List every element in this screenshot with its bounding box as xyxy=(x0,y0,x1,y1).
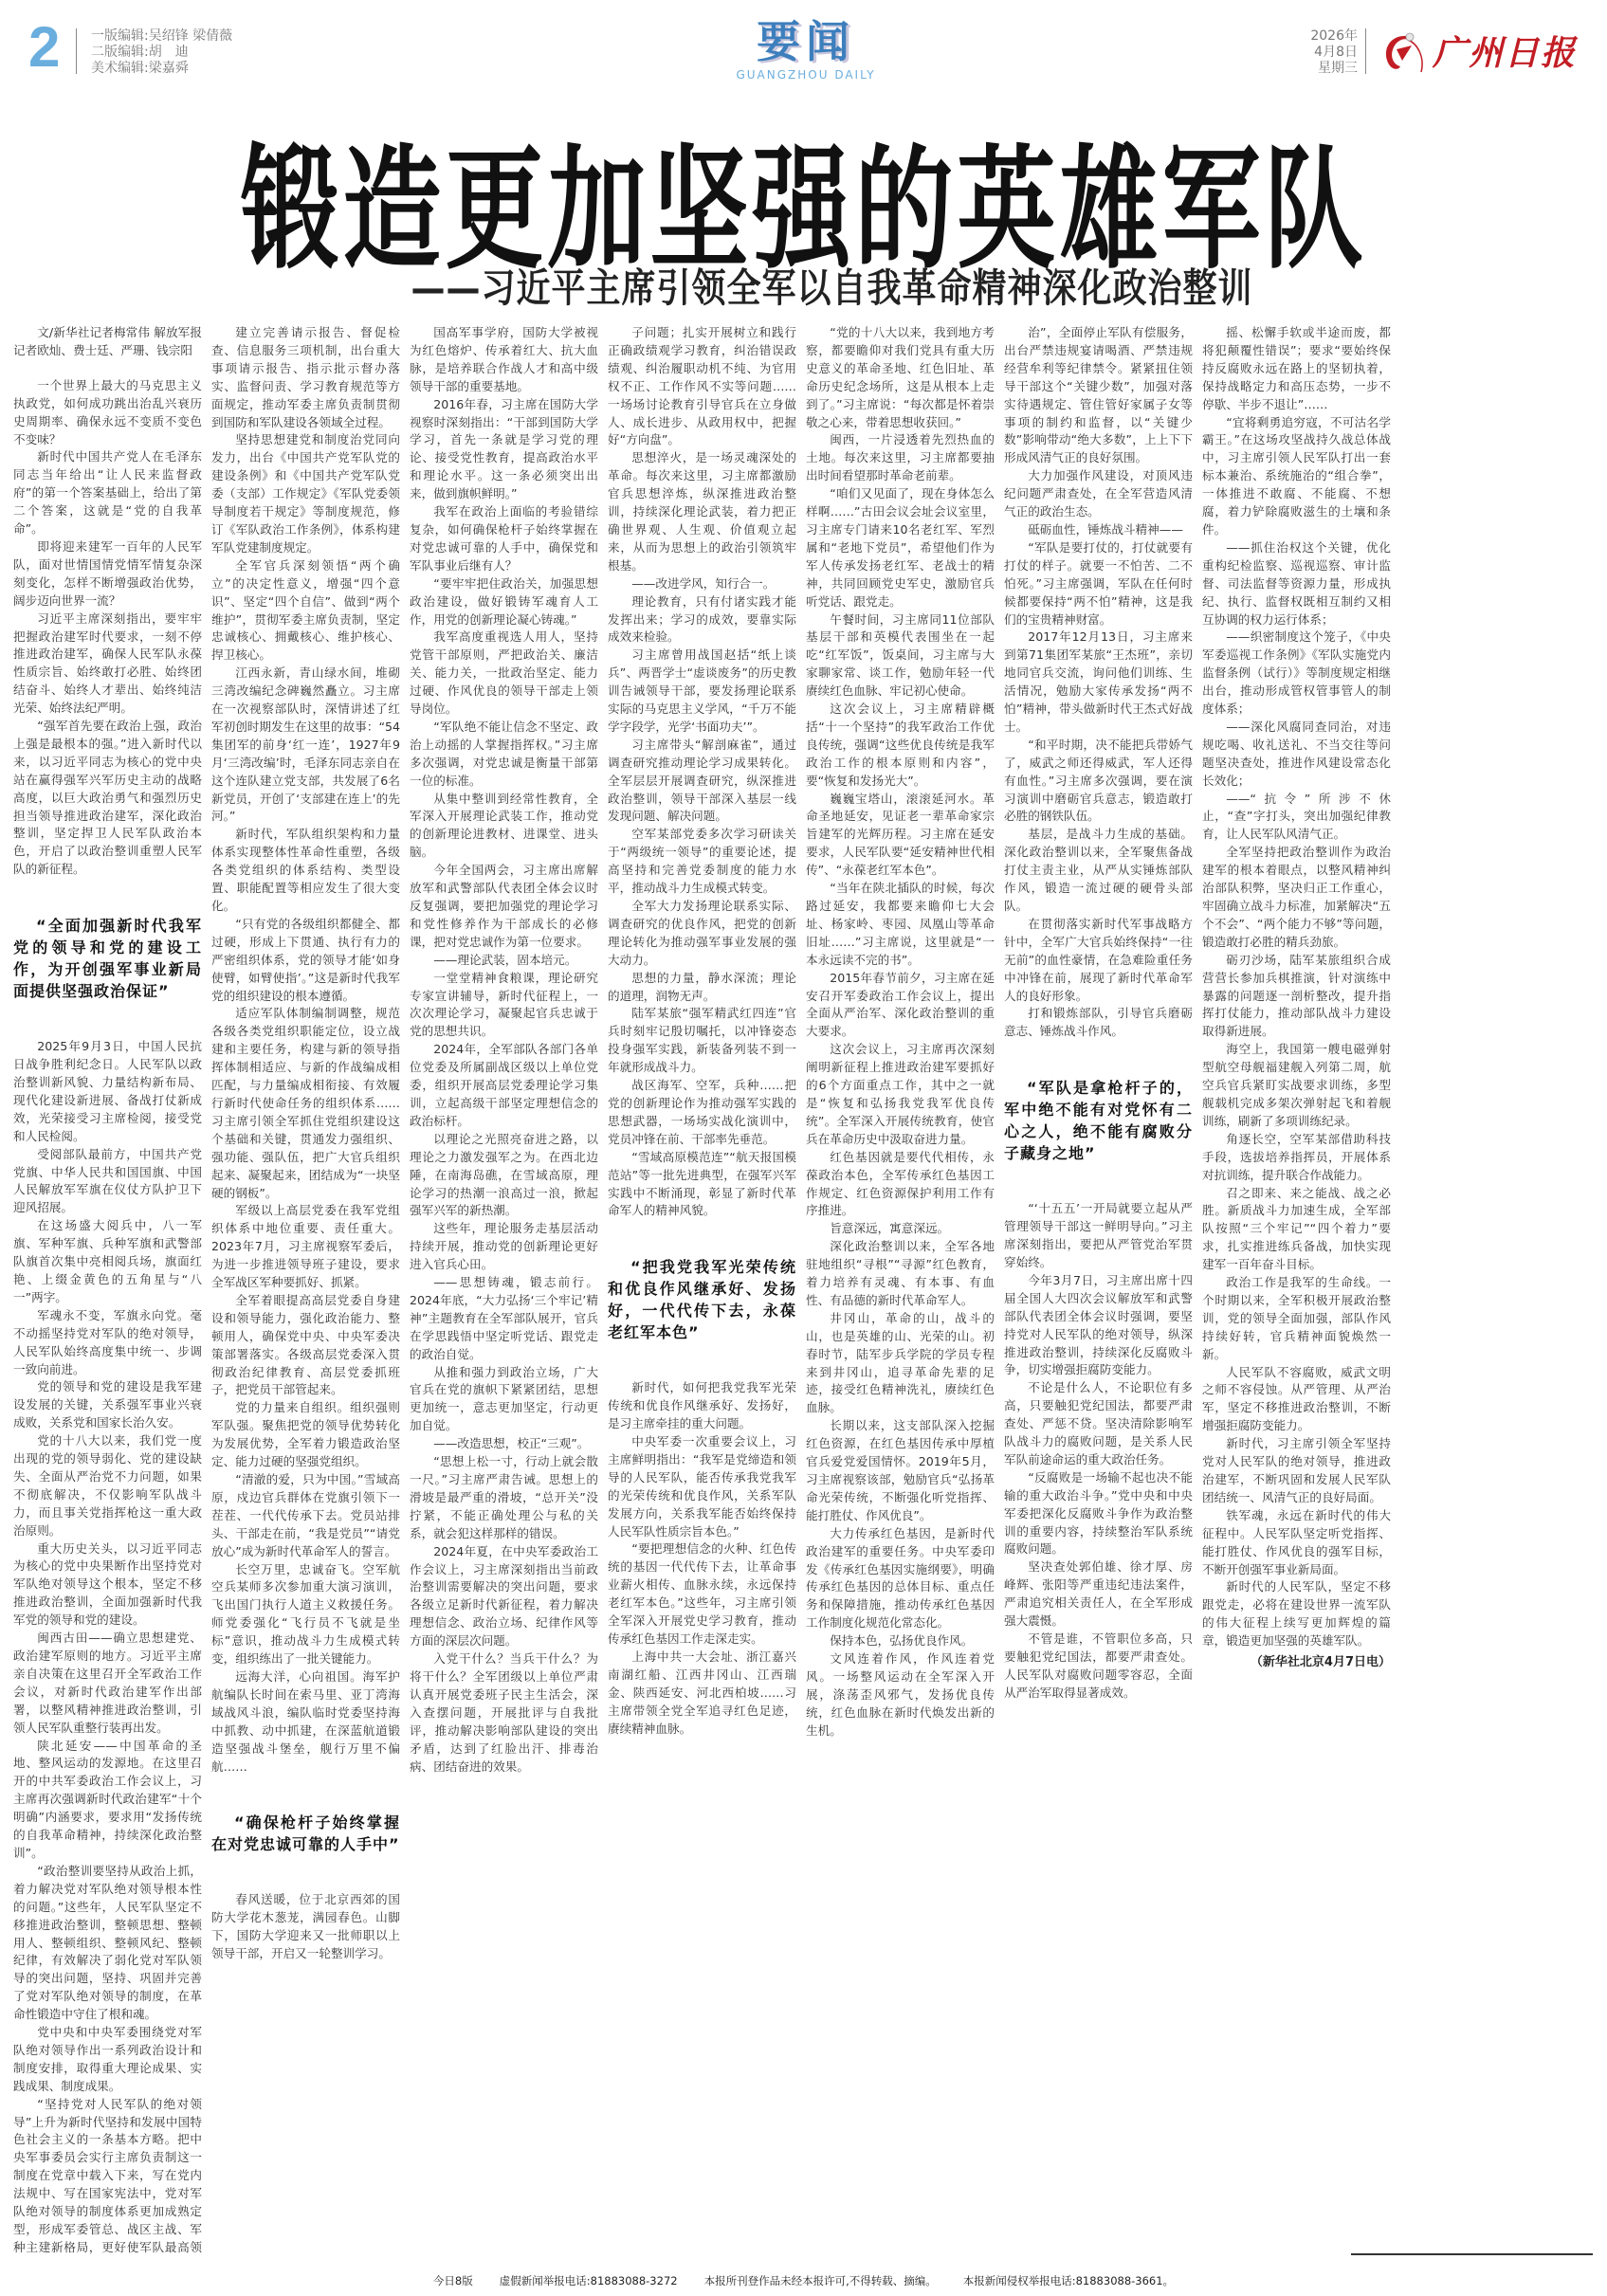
paragraph: 我军高度重视选人用人，坚持党管干部原则，严把政治关、廉洁关、能力关，一批政治坚定… xyxy=(410,629,598,719)
paragraph: 这些年，理论服务走基层活动持续开展，推动党的创新理论更好进入官兵心田。 xyxy=(410,1220,598,1274)
paragraph: ——深化风腐同查同治，对违规吃喝、收礼送礼、不当交往等问题坚决查处，推进作风建设… xyxy=(1202,719,1391,791)
article-column: “党的十八大以来，我到地方考察，都要瞻仰对我们党具有重大历史意义的革命圣地、红色… xyxy=(806,324,995,2258)
article-column: 建立完善请示报告、督促检查、信息服务三项机制，出台重大事项请示报告、指示批示督办… xyxy=(211,324,400,2258)
paragraph: 思想淬火，是一场灵魂深处的革命。每次来这里，习主席都激励官兵思想淬炼，纵深推进政… xyxy=(608,449,796,574)
paragraph: 从推和强力到政治立场，广大官兵在党的旗帜下紧紧团结，思想更加统一，意志更加坚定，… xyxy=(410,1364,598,1436)
paragraph: 治”，全面停止军队有偿服务，出台严禁违规宴请喝酒、严禁违规经营牟利等纪律禁令。紧… xyxy=(1004,324,1193,467)
paragraph: 新时代，如何把我党我军光荣传统和优良作风继承好、发扬好，是习主席牵挂的重大问题。 xyxy=(608,1379,796,1433)
paragraph: 闽西，一片浸透着先烈热血的土地。每次来这里，习主席都要抽出时间看望那时革命老前辈… xyxy=(806,431,995,485)
paragraph: 2015年春节前夕，习主席在延安召开军委政治工作会议上，提出全面从严治军、深化政… xyxy=(806,970,995,1042)
paragraph: 角逐长空，空军某部借助科技手段，选拔培养指挥员，开展体系对抗训练，提升联合作战能… xyxy=(1202,1131,1391,1185)
paragraph: 思想的力量，静水深流；理论的道理，润物无声。 xyxy=(608,970,796,1006)
paragraph: 新时代中国共产党人在毛泽东同志当年给出“让人民来监督政府”的第一个答案基础上，给… xyxy=(13,448,202,538)
paragraph: 重大历史关头，以习近平同志为核心的党中央果断作出坚持党对军队绝对领导这个根本，坚… xyxy=(13,1540,202,1631)
date-year: 2026年 xyxy=(1299,28,1358,45)
article-end-rule xyxy=(1351,2253,1593,2255)
article-column: 国高军事学府，国防大学被视为红色熔炉、传承着红大、抗大血脉，是培养联合作战人才和… xyxy=(410,324,598,2258)
paragraph: ——思想铸魂，锻志前行。2024年底，“大力弘扬‘三个牢记’精神”主题教育在全军… xyxy=(410,1274,598,1364)
paragraph: 江西永新，青山绿水间，堆砌三湾改编纪念碑巍然矗立。习主席在一次视察部队时，深情讲… xyxy=(211,665,400,826)
paragraph: 党中央和中央军委围绕党对军队绝对领导作出一系列政治设计和制度安排，取得重大理论成… xyxy=(13,2024,202,2096)
paragraph: 空军某部党委多次学习研读关于“两级统一领导”的重要论述，提高坚持和完善党委制度的… xyxy=(608,826,796,898)
page-number: 2 xyxy=(28,19,60,76)
paragraph: 井冈山，革命的山，战斗的山，也是英雄的山、光荣的山。初春时节，陆军步兵学院的学员… xyxy=(806,1310,995,1417)
paragraph: 新时代的人民军队，坚定不移跟党走，必将在建设世界一流军队的伟大征程上续写更加辉煌… xyxy=(1202,1578,1391,1650)
paragraph: ——“抗令”所涉不休止，“查”字打头，突出加强纪律教育，让人民军队风清气正。 xyxy=(1202,791,1391,845)
paragraph: “咱们又见面了，现在身体怎么样啊……”古田会议会址会议室里，习主席专门请来10名… xyxy=(806,485,995,610)
paragraph: 2025年9月3日，中国人民抗日战争胜利纪念日。人民军队以政治整训新风貌、力量结… xyxy=(13,1038,202,1145)
paragraph: 摇、松懈手软或半途而废，都将犯颠覆性错误”；要求“要始终保持反腐败永远在路上的坚… xyxy=(1202,324,1391,414)
article-body: 文/新华社记者梅常伟 解放军报记者欧灿、费士廷、严珊、钱宗阳 一个世界上最大的马… xyxy=(13,324,1597,2258)
paragraph: 长期以来，这支部队深入挖掘红色资源，在红色基因传承中厚植官兵爱党爱国情怀。201… xyxy=(806,1417,995,1524)
paragraph: 春风送暖，位于北京西郊的国防大学花木葱茏，满园春色。山脚下，国防大学迎来又一批师… xyxy=(211,1891,400,1963)
paragraph: 上海中共一大会址、浙江嘉兴南湖红船、江西井冈山、江西瑞金、陕西延安、河北西柏坡…… xyxy=(608,1649,796,1739)
divider xyxy=(76,28,77,74)
paragraph: 入党干什么？当兵干什么？为将干什么？全军团级以上单位严肃认真开展党委班子民主生活… xyxy=(410,1650,598,1776)
paragraph: 军级以上高层党委在我军党组织体系中地位重要、责任重大。2023年7月，习主席视察… xyxy=(211,1202,400,1292)
masthead: 2 一版编辑:吴绍锋 梁倩薇 二版编辑:胡 迪 美术编辑:梁嘉舜 要闻 GUAN… xyxy=(0,0,1607,78)
paragraph: 习主席带头“解剖麻雀”，通过调查研究推动理论学习成果转化。全军层层开展调查研究，… xyxy=(608,737,796,827)
paragraph: 理论教育，只有付诸实践才能发挥出来；学习的成效，要靠实际成效来检验。 xyxy=(608,593,796,647)
article-column: 子问题；扎实开展树立和践行正确政绩观学习教育，纠治错误政绩观、纠治履职动机不纯、… xyxy=(608,324,796,2258)
paragraph: 今年全国两会，习主席出席解放军和武警部队代表团全体会议时反复强调，要把加强党的理… xyxy=(410,862,598,952)
footer: 今日8版 虚假新闻举报电话:81883088-3272 本报所刊登作品未经本报许… xyxy=(0,2273,1607,2288)
paragraph: 2024年，全军部队各部门各单位党委及所属副战区级以上单位党委，组织开展高层党委… xyxy=(410,1041,598,1131)
subheadline: ——习近平主席引领全军以自我革命精神深化政治整训 xyxy=(0,258,1607,314)
paragraph: 政治工作是我军的生命线。一个时期以来，全军积极开展政治整训，党的领导全面加强，部… xyxy=(1202,1274,1391,1364)
paragraph: 午餐时间，习主席同11位部队基层干部和英模代表围坐在一起吃“红军饭”，饭桌间，习… xyxy=(806,611,995,702)
paragraph: 红色基因就是要代代相传，永葆政治本色，全军传承红色基因工作规定、红色资源保护利用… xyxy=(806,1149,995,1221)
paragraph: 陆军某旅“强军精武红四连”官兵时刻牢记殷切嘱托，以冲锋姿态投身强军实践，新装备列… xyxy=(608,1005,796,1077)
editor-credits: 一版编辑:吴绍锋 梁倩薇 二版编辑:胡 迪 美术编辑:梁嘉舜 xyxy=(91,28,232,77)
paragraph: “要把理想信念的火种、红色传统的基因一代代传下去，让革命事业薪火相传、血脉永续，… xyxy=(608,1540,796,1648)
paragraph: 以理论之光照亮奋进之路，以理论之力激发强军之为。在西北边陲，在南海岛礁，在雪域高… xyxy=(410,1131,598,1221)
paragraph: ——理论武装，固本培元。 xyxy=(410,952,598,970)
paragraph: 全军着眼提高高层党委自身建设和领导能力，强化政治能力、整顿用人，确保党中央、中央… xyxy=(211,1292,400,1399)
paragraph: “强军首先要在政治上强，政治上强是最根本的强。”进入新时代以来，以习近平同志为核… xyxy=(13,718,202,879)
paragraph: “要牢牢把住政治关，加强思想政治建设，做好锻铸军魂育人工作，用党的创新理论凝心铸… xyxy=(410,575,598,629)
paragraph: 大力加强作风建设，对顶风违纪问题严肃查处，在全军营造风清气正的政治生态。 xyxy=(1004,467,1193,521)
paragraph: 即将迎来建军一百年的人民军队，面对世情国情党情军情复杂深刻变化，怎样不断增强政治… xyxy=(13,538,202,610)
divider xyxy=(1365,28,1366,74)
paragraph: “当年在陕北插队的时候，每次路过延安，我都要来瞻仰七大会址、杨家岭、枣园、凤凰山… xyxy=(806,880,995,970)
paragraph: 2016年春，习主席在国防大学视察时深刻指出：“干部到国防大学学习，首先一条就是… xyxy=(410,396,598,503)
paragraph: 这次会议上，习主席再次深刻阐明新征程上推进政治建军要抓好的6个方面重点工作，其中… xyxy=(806,1041,995,1148)
paragraph: 文风连着作风，作风连着党风。一场整风运动在全军深入开展，涤荡歪风邪气，发扬优良传… xyxy=(806,1650,995,1740)
paragraph: 打和锻炼部队，引导官兵磨砺意志、锤炼战斗作风。 xyxy=(1004,1005,1193,1041)
paragraph: 这次会议上，习主席精辟概括“十一个坚持”的我军政治工作优良传统，强调“这些优良传… xyxy=(806,701,995,791)
paragraph: 坚决查处郭伯雄、徐才厚、房峰辉、张阳等严重违纪违法案件，严肃追究相关责任人，在全… xyxy=(1004,1558,1193,1631)
paragraph: 习近平主席深刻指出，要牢牢把握政治建军时代要求，一刻不停推进政治建军，确保人民军… xyxy=(13,610,202,718)
paragraph: ——改造思想，校正“三观”。 xyxy=(410,1435,598,1453)
byline: 文/新华社记者梅常伟 解放军报记者欧灿、费士廷、严珊、钱宗阳 xyxy=(13,324,202,360)
paragraph: 适应军队体制编制调整，规范各级各类党组织职能定位，设立战建和主要任务，构建与新的… xyxy=(211,1005,400,1202)
article-column: 摇、松懈手软或半途而废，都将犯颠覆性错误”；要求“要始终保持反腐败永远在路上的坚… xyxy=(1202,324,1391,2258)
footer-fake-news-hotline: 虚假新闻举报电话:81883088-3272 xyxy=(500,2273,678,2288)
footer-infringement-hotline: 本报新闻侵权举报电话:81883088-3661。 xyxy=(963,2273,1174,2288)
section-subtitle: GUANGZHOU DAILY xyxy=(721,68,891,82)
newspaper-logo: 广州日报 xyxy=(1379,27,1577,75)
paragraph: 子问题；扎实开展树立和践行正确政绩观学习教育，纠治错误政绩观、纠治履职动机不纯、… xyxy=(608,324,796,449)
paragraph: 受阅部队最前方，中国共产党党旗、中华人民共和国国旗、中国人民解放军军旗在仪仗方队… xyxy=(13,1146,202,1218)
paragraph: 砺刃沙场，陆军某旅组织合成营营长参加兵棋推演，针对演练中暴露的问题逐一剖析整改，… xyxy=(1202,952,1391,1042)
paragraph: 在贯彻落实新时代军事战略方针中，全军广大官兵始终保持“一往无前”的血性豪情，在急… xyxy=(1004,916,1193,1006)
pull-quote: “把我党我军光荣传统和优良作风继承好、发扬好，一代代传下去，永葆老红军本色” xyxy=(608,1256,796,1343)
editor-line: 美术编辑:梁嘉舜 xyxy=(91,61,232,77)
section-title: 要闻 xyxy=(721,17,891,66)
paragraph: 保持本色，弘扬优良作风。 xyxy=(806,1632,995,1650)
paragraph: 在这场盛大阅兵中，八一军旗、军种军旗、兵种军旗和武警部队旗首次集中亮相阅兵场，旗… xyxy=(13,1217,202,1307)
paragraph: 国高军事学府，国防大学被视为红色熔炉、传承着红大、抗大血脉，是培养联合作战人才和… xyxy=(410,324,598,396)
paragraph: 全军官兵深刻领悟“两个确立”的决定性意义，增强“四个意识”、坚定“四个自信”、做… xyxy=(211,557,400,665)
paragraph: 一个世界上最大的马克思主义执政党，如何成功跳出治乱兴衰历史周期率、确保永远不变质… xyxy=(13,377,202,449)
article-column: 治”，全面停止军队有偿服务，出台严禁违规宴请喝酒、严禁违规经营牟利等纪律禁令。紧… xyxy=(1004,324,1193,2258)
paragraph: ——抓住治权这个关键，优化重构纪检监察、巡视巡察、审计监督、司法监督等资源力量，… xyxy=(1202,539,1391,629)
date-day: 4月8日 xyxy=(1299,45,1358,61)
paragraph: 党的力量来自组织。组织强则军队强。聚焦把党的领导优势转化为发展优势，全军着力锻造… xyxy=(211,1399,400,1471)
paragraph: 召之即来、来之能战、战之必胜。新质战斗力加速生成，全军部队按照“三个牢记”“四个… xyxy=(1202,1185,1391,1275)
paragraph: 海空上，我国第一艘电磁弹射型航空母舰福建舰入列第二周，航空兵官兵紧盯实战要求训练… xyxy=(1202,1041,1391,1131)
paragraph: 新时代，军队组织架构和力量体系实现整体性革命性重塑，各级各类党组织的体系结构、类… xyxy=(211,826,400,916)
pull-quote: “确保枪杆子始终掌握在对党忠诚可靠的人手中” xyxy=(211,1812,400,1855)
paragraph: 不论是什么人，不论职位有多高，只要触犯党纪国法，都要严肃查处、严惩不贷。坚决清除… xyxy=(1004,1379,1193,1469)
paragraph: 砥砺血性，锤炼战斗精神—— xyxy=(1004,521,1193,539)
paragraph: 巍巍宝塔山，滚滚延河水。革命圣地延安，见证老一辈革命家宗旨建军的光辉历程。习主席… xyxy=(806,791,995,881)
paragraph: 铁军魂，永远在新时代的伟大征程中。人民军队坚定听党指挥、能打胜仗、作风优良的强军… xyxy=(1202,1507,1391,1579)
paragraph: “反腐败是一场输不起也决不能输的重大政治斗争。”党中央和中央军委把深化反腐败斗争… xyxy=(1004,1469,1193,1559)
paragraph: 不管是谁，不管职位多高，只要触犯党纪国法，都要严肃查处。人民军队对腐败问题零容忍… xyxy=(1004,1631,1193,1703)
pull-quote: “全面加强新时代我军党的领导和党的建设工作，为开创强军事业新局面提供坚强政治保证… xyxy=(13,915,202,1002)
paragraph: “思想上松一寸，行动上就会散一尺。”习主席严肃告诫。思想上的滑坡是最严重的滑坡，… xyxy=(410,1453,598,1543)
footer-copyright-notice: 本报所刊登作品未经本报许可,不得转载、摘编。 xyxy=(704,2273,937,2288)
paragraph: 党的领导和党的建设是我军建设发展的关键，关系强军事业兴衰成败，关系党和国家长治久… xyxy=(13,1378,202,1432)
paragraph: 大力传承红色基因，是新时代政治建军的重要任务。中央军委印发《传承红色基因实施纲要… xyxy=(806,1525,995,1632)
paragraph: “和平时期，决不能把兵带娇气了，威武之师还得威武，军人还得有血性。”习主席多次强… xyxy=(1004,737,1193,827)
paragraph: 闽西古田——确立思想建党、政治建军原则的地方。习近平主席亲自决策在这里召开全军政… xyxy=(13,1630,202,1737)
paragraph: 全军大力发扬理论联系实际、调查研究的优良作风，把党的创新理论转化为推动强军事业发… xyxy=(608,898,796,970)
paragraph: 战区海军、空军，兵种……把党的创新理论作为推动强军实践的思想武器，一场场实战化演… xyxy=(608,1077,796,1149)
paragraph: “军队绝不能让信念不坚定、政治上动摇的人掌握指挥权。”习主席多次强调，对党忠诚是… xyxy=(410,719,598,791)
paragraph: 中央军委一次重要会议上，习主席鲜明指出：“我军是党缔造和领导的人民军队，能否传承… xyxy=(608,1433,796,1540)
paragraph: “坚持党对人民军队的绝对领导”上升为新时代坚持和发展中国特色社会主义的一条基本方… xyxy=(13,2096,202,2258)
paragraph: 陕北延安——中国革命的圣地、整风运动的发源地。在这里召开的中共军委政治工作会议上… xyxy=(13,1738,202,1863)
paragraph: 一堂堂精神食粮课，理论研究专家宣讲辅导，新时代征程上，一次次理论学习，凝聚起官兵… xyxy=(410,970,598,1042)
paragraph: “‘十五五’一开局就要立起从严管理领导干部这一鲜明导向。”习主席深刻指出，要把从… xyxy=(1004,1200,1193,1272)
newspaper-name: 广州日报 xyxy=(1433,27,1577,75)
pull-quote: “军队是拿枪杆子的，军中绝不能有对党怀有二心之人，绝不能有腐败分子藏身之地” xyxy=(1004,1077,1193,1164)
paragraph: “军队是要打仗的，打仗就要有打仗的样子。就要一不怕苦、二不怕死。”习主席强调，军… xyxy=(1004,539,1193,629)
paragraph: ——织密制度这个笼子，《中央军委巡视工作条例》《军队实施党内监督条例（试行）》等… xyxy=(1202,629,1391,719)
paragraph: 党的十八大以来，我们党一度出现的党的领导弱化、党的建设缺失、全面从严治党不力问题… xyxy=(13,1432,202,1540)
date-weekday: 星期三 xyxy=(1299,61,1358,77)
article-column: 文/新华社记者梅常伟 解放军报记者欧灿、费士廷、严珊、钱宗阳 一个世界上最大的马… xyxy=(13,324,202,2258)
editor-line: 二版编辑:胡 迪 xyxy=(91,45,232,61)
footer-page-count: 今日8版 xyxy=(433,2273,473,2288)
paragraph: “政治整训要坚持从政治上抓，着力解决党对军队绝对领导根本性的问题。”这些年，人民… xyxy=(13,1863,202,2024)
paragraph: 长空万里，忠诚奋飞。空军航空兵某师多次参加重大演习演训，飞出国门执行人道主义救援… xyxy=(211,1561,400,1668)
paragraph: 新时代，习主席引领全军坚持党对人民军队的绝对领导，推进政治建军，不断巩固和发展人… xyxy=(1202,1435,1391,1507)
paragraph: 2024年夏，在中央军委政治工作会议上，习主席深刻指出当前政治整训需要解决的突出… xyxy=(410,1543,598,1650)
paragraph: 2017年12月13日，习主席来到第71集团军某旅“王杰班”，亲切地同官兵交流，… xyxy=(1004,629,1193,736)
paragraph: 人民军队不容腐败，威武文明之师不容侵蚀。从严管理、从严治军，坚定不移推进政治整训… xyxy=(1202,1364,1391,1436)
paragraph: “清澈的爱，只为中国。”雪域高原，戍边官兵群体在党旗引领下一茬茬、一代代传承下去… xyxy=(211,1471,400,1561)
editor-line: 一版编辑:吴绍锋 梁倩薇 xyxy=(91,28,232,45)
paragraph: ——改进学风，知行合一。 xyxy=(608,575,796,593)
paragraph: 军魂永不变，军旗永向党。毫不动摇坚持党对军队的绝对领导，人民军队始终高度集中统一… xyxy=(13,1307,202,1379)
paragraph: 我军在政治上面临的考验错综复杂，如何确保枪杆子始终掌握在对党忠诚可靠的人手中，确… xyxy=(410,503,598,575)
paragraph: 远海大洋，心向祖国。海军护航编队长时间在索马里、亚丁湾海域战风斗浪，编队临时党委… xyxy=(211,1668,400,1776)
paragraph: 建立完善请示报告、督促检查、信息服务三项机制，出台重大事项请示报告、指示批示督办… xyxy=(211,324,400,431)
paragraph: “只有党的各级组织都健全、都过硬，形成上下贯通、执行有力的严密组织体系，党的领导… xyxy=(211,916,400,1006)
dateline: （新华社北京4月7日电） xyxy=(1202,1654,1391,1672)
issue-date: 2026年 4月8日 星期三 xyxy=(1299,28,1358,77)
section-label: 要闻 GUANGZHOU DAILY xyxy=(721,17,891,82)
paragraph: 深化政治整训以来，全军各地驻地组织“寻根”“寻源”红色教育，着力培养有灵魂、有本… xyxy=(806,1238,995,1310)
paragraph: 习主席曾用战国赵括“纸上谈兵”、两晋学士“虚谈废务”的历史教训告诫领导干部，要发… xyxy=(608,647,796,737)
paragraph: “宜将剩勇追穷寇，不可沽名学霸王。”在这场攻坚战持久战总体战中，习主席引领人民军… xyxy=(1202,414,1391,539)
paragraph: 坚持思想建党和制度治党同向发力，出台《中国共产党军队党的建设条例》和《中国共产党… xyxy=(211,431,400,556)
paragraph: 今年3月7日，习主席出席十四届全国人大四次会议解放军和武警部队代表团全体会议时强… xyxy=(1004,1272,1193,1379)
guangzhou-daily-logo-icon xyxy=(1379,28,1429,74)
paragraph: 全军坚持把政治整训作为政治建军的根本着眼点，以整风精神纠治部队积弊，坚决归正工作… xyxy=(1202,844,1391,951)
paragraph: 基层，是战斗力生成的基础。深化政治整训以来，全军聚焦备战打仗主责主业，从严从实锤… xyxy=(1004,826,1193,916)
paragraph: 旨意深远，寓意深远。 xyxy=(806,1220,995,1238)
paragraph: “党的十八大以来，我到地方考察，都要瞻仰对我们党具有重大历史意义的革命圣地、红色… xyxy=(806,324,995,431)
paragraph: 从集中整训到经常性教育，全军深入开展理论武装工作，推动党的创新理论进教材、进课堂… xyxy=(410,791,598,863)
paragraph: “雪域高原模范连”“航天报国模范站”等一批先进典型，在强军兴军实践中不断涌现，彰… xyxy=(608,1149,796,1221)
